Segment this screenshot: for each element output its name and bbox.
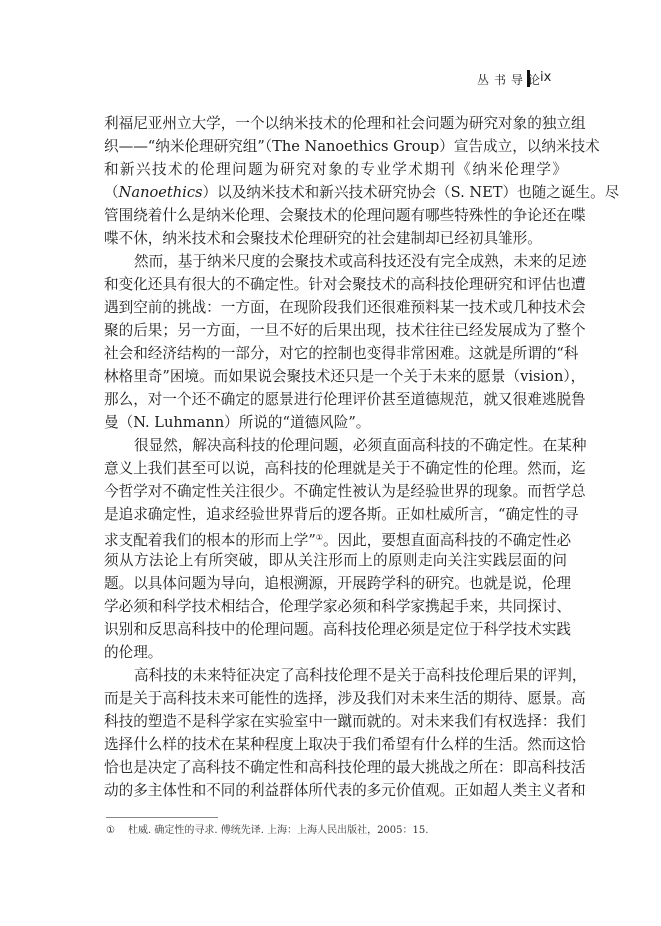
footnote-reference[interactable]: ①: [316, 533, 323, 542]
footnote: ①杜威. 确定性的寻求. 傅统先译. 上海：上海人民出版社，2005：15.: [106, 824, 428, 838]
text-line: 是追求确定性，追求经验世界背后的逻各斯。正如杜威所言，“确定性的寻: [104, 503, 567, 526]
text-line: 选择什么样的技术在某种程度上取决于我们希望有什么样的生活。然而这恰: [104, 733, 567, 756]
text-line: 学必须和科学技术相结合，伦理学家必须和科学家携起手来，共同探讨、: [104, 595, 567, 618]
header-divider-bar: [527, 70, 530, 87]
page-header: 丛书导论 ix: [0, 70, 661, 90]
text-line: 和变化还具有很大的不确定性。针对会聚技术的高科技伦理研究和评估也遭: [104, 273, 567, 296]
text-line: 遇到空前的挑战：一方面，在现阶段我们还很难预料某一技术或几种技术会: [104, 296, 567, 319]
text-line: 的伦理。: [104, 641, 567, 664]
text-line: 求支配着我们的根本的形而上学”①。因此，要想直面高科技的不确定性必: [104, 526, 567, 549]
text-line: 曼（N. Luhmann）所说的“道德风险”。: [104, 411, 567, 434]
text-line: 织——“纳米伦理研究组”（The Nanoethics Group）宣告成立，以…: [104, 135, 567, 158]
text-line: 恰也是决定了高科技不确定性和高科技伦理的最大挑战之所在：即高科技活: [104, 756, 567, 779]
text-line: 须从方法论上有所突破，即从关注形而上的原则走向关注实践层面的问: [104, 549, 567, 572]
running-title: 丛书导论: [477, 71, 545, 88]
journal-name-italic: Nanoethics: [119, 184, 203, 201]
text-line: 管围绕着什么是纳米伦理、会聚技术的伦理问题有哪些特殊性的争论还在喋: [104, 204, 567, 227]
text-line: （Nanoethics）以及纳米技术和新兴技术研究协会（S. NET）也随之诞生…: [104, 181, 567, 204]
text-line: 意义上我们甚至可以说，高科技的伦理就是关于不确定性的伦理。然而，迄: [104, 457, 567, 480]
text-line: 和新兴技术的伦理问题为研究对象的专业学术期刊《纳米伦理学》: [104, 158, 567, 181]
text-line: 利福尼亚州立大学，一个以纳米技术的伦理和社会问题为研究对象的独立组: [104, 112, 567, 135]
text-line: 动的多主体性和不同的利益群体所代表的多元价值观。正如超人类主义者和: [104, 779, 567, 802]
text-segment: ）以及纳米技术和新兴技术研究协会（S. NET）也随之诞生。尽: [203, 184, 620, 201]
text-line: 那么，对一个还不确定的愿景进行伦理评价甚至道德规范，就又很难逃脱鲁: [104, 388, 567, 411]
text-segment: 求支配着我们的根本的形而上学”: [104, 532, 316, 549]
text-line: 题。以具体问题为导向，追根溯源，开展跨学科的研究。也就是说，伦理: [104, 572, 567, 595]
footnote-divider: [106, 817, 218, 818]
page-number: ix: [540, 70, 551, 85]
text-segment: 。因此，要想直面高科技的不确定性必: [323, 532, 571, 549]
paragraph-start-line: 很显然，解决高科技的伦理问题，必须直面高科技的不确定性。在某种: [104, 434, 567, 457]
body-text: 利福尼亚州立大学，一个以纳米技术的伦理和社会问题为研究对象的独立组 织——“纳米…: [104, 112, 567, 802]
text-line: 今哲学对不确定性关注很少。不确定性被认为是经验世界的现象。而哲学总: [104, 480, 567, 503]
text-line: 科技的塑造不是科学家在实验室中一蹴而就的。对未来我们有权选择：我们: [104, 710, 567, 733]
footnote-marker: ①: [106, 824, 128, 838]
paren-open: （: [104, 184, 119, 201]
footnote-text: 杜威. 确定性的寻求. 傅统先译. 上海：上海人民出版社，2005：15.: [128, 825, 428, 836]
paragraph-start-line: 高科技的未来特征决定了高科技伦理不是关于高科技伦理后果的评判，: [104, 664, 567, 687]
paragraph-start-line: 然而，基于纳米尺度的会聚技术或高科技还没有完全成熟，未来的足迹: [104, 250, 567, 273]
text-line: 社会和经济结构的一部分，对它的控制也变得非常困难。这就是所谓的“科: [104, 342, 567, 365]
text-line: 聚的后果；另一方面，一旦不好的后果出现，技术往往已经发展成为了整个: [104, 319, 567, 342]
text-line: 喋不休，纳米技术和会聚技术伦理研究的社会建制却已经初具雏形。: [104, 227, 567, 250]
text-line: 识别和反思高科技中的伦理问题。高科技伦理必须是定位于科学技术实践: [104, 618, 567, 641]
text-line: 而是关于高科技未来可能性的选择，涉及我们对未来生活的期待、愿景。高: [104, 687, 567, 710]
text-line: 林格里奇”困境。而如果说会聚技术还只是一个关于未来的愿景（vision），: [104, 365, 567, 388]
